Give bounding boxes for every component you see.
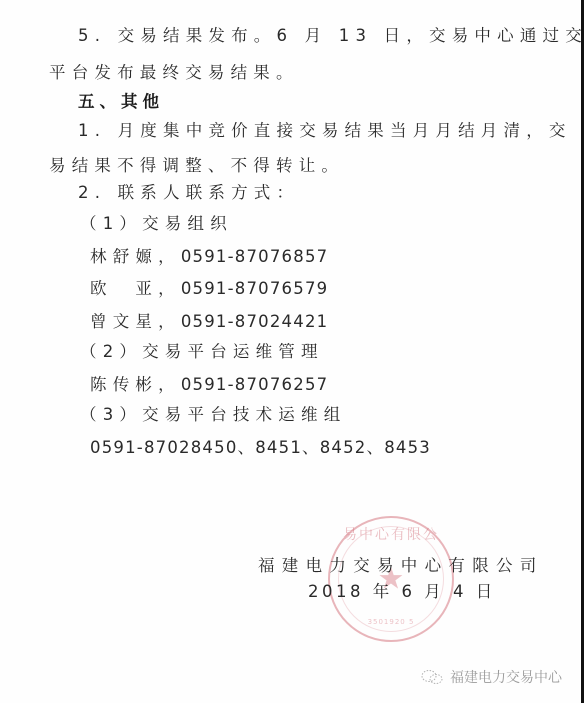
contacts-heading: 2. 联系人联系方式： <box>78 183 299 203</box>
contact-name: 欧 亚 <box>90 279 158 298</box>
paragraph-5-line-1: 5. 交易结果发布。6 月 13 日，交易中心通过交易 <box>78 26 584 46</box>
wechat-icon <box>420 668 444 686</box>
contact-name: 林舒嫄 <box>90 247 158 266</box>
section-heading-other: 五、其他 <box>78 92 164 112</box>
contact-row: 欧 亚，0591-87076579 <box>90 279 328 299</box>
signature-company: 福建电力交易中心有限公司 <box>258 556 544 576</box>
contact-row: 林舒嫄，0591-87076857 <box>90 247 328 267</box>
contact-group-2-title: （2）交易平台运维管理 <box>80 342 324 362</box>
separator: ， <box>158 247 181 266</box>
contact-group-3-phones: 0591-87028450、8451、8452、8453 <box>90 438 431 458</box>
separator: ， <box>158 312 181 331</box>
separator: ， <box>158 279 181 298</box>
stamp-text: 易中心有限公 <box>330 524 452 544</box>
paragraph-1-line-1: 1. 月度集中竞价直接交易结果当月月结月清，交 <box>78 121 572 141</box>
wechat-watermark: 福建电力交易中心 <box>420 667 562 687</box>
contact-row: 陈传彬，0591-87076257 <box>90 375 328 395</box>
contact-phone: 0591-87076857 <box>181 247 329 266</box>
paragraph-1-line-2: 易结果不得调整、不得转让。 <box>49 156 344 176</box>
contact-group-3-title: （3）交易平台技术运维组 <box>80 405 346 425</box>
paragraph-5-line-2: 平台发布最终交易结果。 <box>49 63 299 83</box>
contact-name: 曾文星 <box>90 312 158 331</box>
contact-phone: 0591-87024421 <box>181 312 329 331</box>
contact-name: 陈传彬 <box>90 375 158 394</box>
watermark-label: 福建电力交易中心 <box>450 667 562 687</box>
contact-phone: 0591-87076257 <box>181 375 329 394</box>
contact-phone: 0591-87076579 <box>181 279 329 298</box>
stamp-code: 3501920 5 <box>330 618 452 626</box>
signature-date: 2018 年 6 月 4 日 <box>308 582 496 602</box>
separator: ， <box>158 375 181 394</box>
contact-row: 曾文星，0591-87024421 <box>90 312 328 332</box>
contact-group-1-title: （1）交易组织 <box>80 214 233 234</box>
company-seal-stamp: 易中心有限公 ★ 3501920 5 <box>328 516 454 642</box>
